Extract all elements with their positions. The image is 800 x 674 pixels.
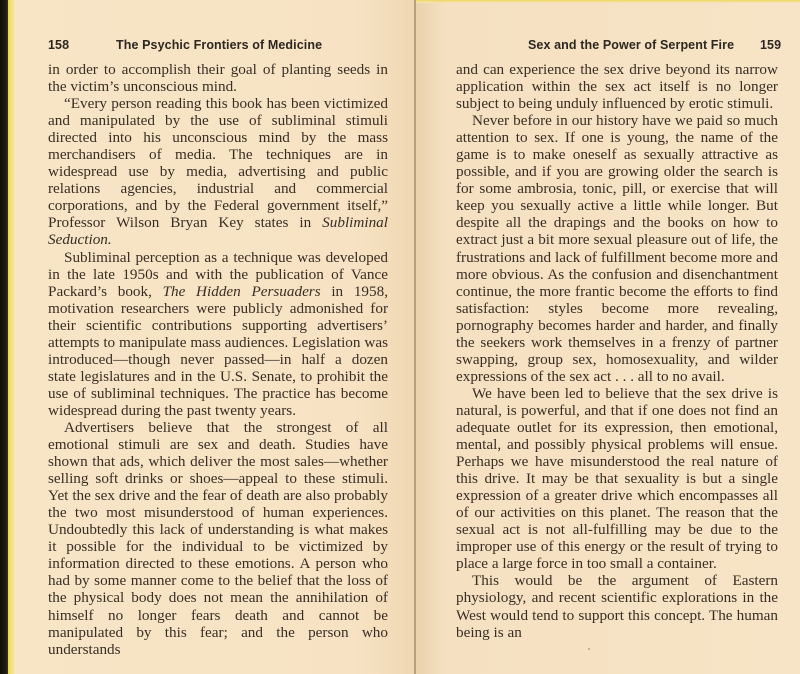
binding-edge — [0, 0, 8, 674]
right-page-body: and can experience the sex drive beyond … — [456, 61, 778, 641]
paragraph: Subliminal perception as a technique was… — [48, 249, 388, 419]
paragraph-text: Advertisers believe that the strongest o… — [48, 419, 388, 658]
paragraph: “Every person reading this book has been… — [48, 95, 388, 248]
page-top-edge — [416, 0, 800, 3]
paragraph-text: in 1958, motivation researchers were pub… — [48, 283, 388, 419]
page-number-left: 158 — [48, 38, 69, 52]
book-title-italic: The Hidden Persuaders — [163, 283, 321, 300]
paragraph: in order to accomplish their goal of pla… — [48, 61, 388, 95]
page-number-right: 159 — [760, 38, 781, 52]
paragraph-text: “Every person reading this book has been… — [48, 95, 388, 231]
running-head-left: The Psychic Frontiers of Medicine — [116, 38, 322, 52]
left-page: 158 The Psychic Frontiers of Medicine in… — [14, 0, 414, 674]
book-spread: 158 The Psychic Frontiers of Medicine in… — [0, 0, 800, 674]
left-page-body: in order to accomplish their goal of pla… — [48, 61, 388, 658]
paragraph-text: Never before in our history have we paid… — [456, 112, 778, 385]
paragraph-text: and can experience the sex drive beyond … — [456, 61, 778, 112]
paragraph: Never before in our history have we paid… — [456, 112, 778, 385]
paragraph: Advertisers believe that the strongest o… — [48, 419, 388, 658]
paragraph-text: We have been led to believe that the sex… — [456, 385, 778, 572]
paragraph: and can experience the sex drive beyond … — [456, 61, 778, 112]
right-page: Sex and the Power of Serpent Fire 159 an… — [416, 0, 800, 674]
paragraph-text: This would be the argument of Eastern ph… — [456, 572, 778, 640]
running-head-right: Sex and the Power of Serpent Fire — [528, 38, 734, 52]
paragraph: We have been led to believe that the sex… — [456, 385, 778, 573]
paper-speck — [588, 648, 590, 650]
paragraph-text: in order to accomplish their goal of pla… — [48, 61, 388, 95]
paper-speck — [386, 566, 388, 568]
paragraph: This would be the argument of Eastern ph… — [456, 572, 778, 640]
